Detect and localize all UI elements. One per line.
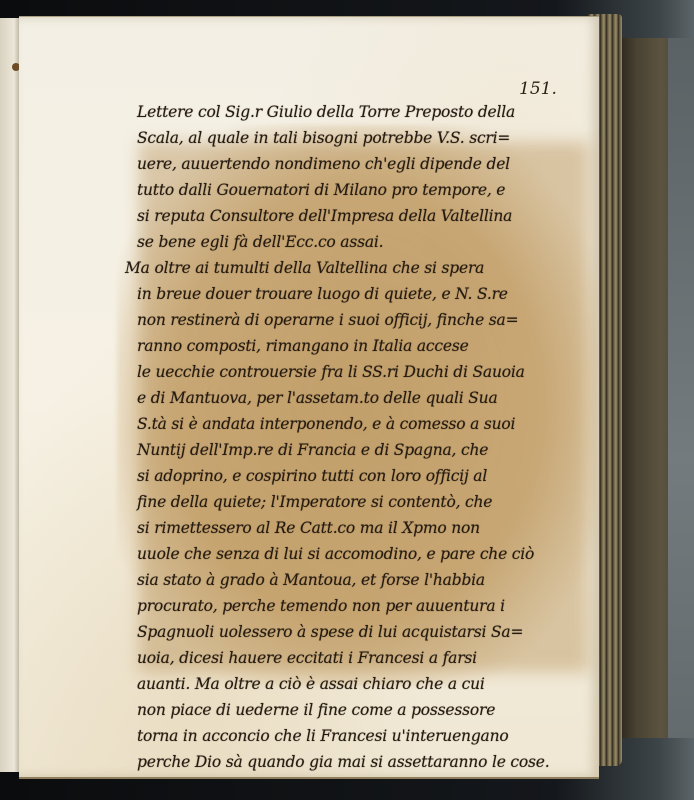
text-line: in breue douer trouare luogo di quiete, … [137, 281, 607, 307]
manuscript-page: 151. Lettere col Sig.r Giulio della Torr… [19, 16, 599, 779]
text-line: si reputa Consultore dell'Impresa della … [137, 203, 607, 229]
text-line: se bene egli fà dell'Ecc.co assai. [137, 229, 607, 255]
manuscript-text: Lettere col Sig.r Giulio della Torre Pre… [137, 99, 607, 775]
facing-page-edge [0, 18, 21, 772]
text-line: si rimettessero al Re Catt.co ma il Xpmo… [137, 515, 607, 541]
text-line: Ma oltre ai tumulti della Valtellina che… [125, 255, 607, 281]
text-line: uuole che senza di lui si accomodino, e … [137, 541, 607, 567]
text-line: perche Dio sà quando gia mai si assettar… [137, 749, 607, 775]
text-line: e di Mantuova, per l'assetam.to delle qu… [137, 385, 607, 411]
text-line: uere, auuertendo nondimeno ch'egli dipen… [137, 151, 607, 177]
text-line: procurato, perche temendo non per auuent… [137, 593, 607, 619]
text-line: Scala, al quale in tali bisogni potrebbe… [137, 125, 607, 151]
text-line: non restinerà di operarne i suoi officij… [137, 307, 607, 333]
text-line: Spagnuoli uolessero à spese di lui acqui… [137, 619, 607, 645]
text-line: uoia, dicesi hauere eccitati i Francesi … [137, 645, 607, 671]
text-line: le uecchie controuersie fra li SS.ri Duc… [137, 359, 607, 385]
text-line: torna in acconcio che li Francesi u'inte… [137, 723, 607, 749]
text-line: Nuntij dell'Imp.re di Francia e di Spagn… [137, 437, 607, 463]
text-line: auanti. Ma oltre a ciò è assai chiaro ch… [137, 671, 607, 697]
text-line: S.tà si è andata interponendo, e à comes… [137, 411, 607, 437]
text-line: sia stato à grado à Mantoua, et forse l'… [137, 567, 607, 593]
text-line: non piace di uederne il fine come a poss… [137, 697, 607, 723]
folio-number: 151. [519, 79, 557, 99]
text-line: Lettere col Sig.r Giulio della Torre Pre… [137, 99, 607, 125]
text-line: ranno composti, rimangano in Italia acce… [137, 333, 607, 359]
text-line: tutto dalli Gouernatori di Milano pro te… [137, 177, 607, 203]
text-line: si adoprino, e cospirino tutti con loro … [137, 463, 607, 489]
book-cover-edge [612, 38, 694, 738]
text-line: fine della quiete; l'Imperatore si conte… [137, 489, 607, 515]
